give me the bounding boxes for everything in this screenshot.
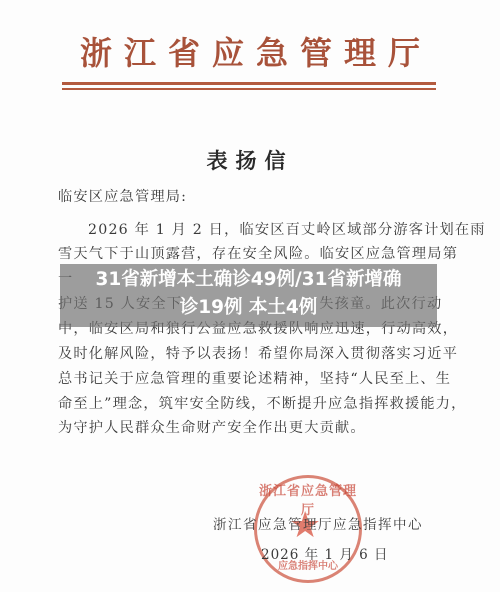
body-line-6: 及时化解风险，特予以表扬！希望你局深入贯彻落实习近平 (58, 343, 438, 363)
document-title: 表扬信 (0, 145, 500, 175)
headline-line-1: 31省新增本土确诊49例/31省新增确 (60, 266, 437, 294)
body-line-1: 2026 年 1 月 2 日，临安区百丈岭区域部分游客计划在雨 (88, 219, 468, 239)
letterhead-rule-thick (62, 82, 436, 85)
body-line-9: 为守护人民群众生命财产安全作出更大贡献。 (58, 417, 438, 437)
body-line-2: 雪天气下于山顶露营，存在安全风险。临安区应急管理局第 (58, 243, 438, 263)
signature-date: 2026 年 1 月 6 日 (261, 543, 389, 563)
headline-overlay-text: 31省新增本土确诊49例/31省新增确 诊19例 本土4例 (60, 266, 437, 322)
body-line-8: 命至上”理念，筑牢安全防线，不断提升应急指挥救援能力， (58, 393, 438, 413)
headline-line-2: 诊19例 本土4例 (60, 294, 437, 322)
letterhead-rule-thin (62, 88, 436, 90)
salutation: 临安区应急管理局: (58, 186, 438, 206)
letterhead-title: 浙江省应急管理厅 (0, 28, 500, 74)
signature: 浙江省应急管理厅应急指挥中心 (213, 513, 423, 533)
body-line-7: 总书记关于应急管理的重要论述精神，坚持“人民至上、生 (58, 368, 438, 388)
